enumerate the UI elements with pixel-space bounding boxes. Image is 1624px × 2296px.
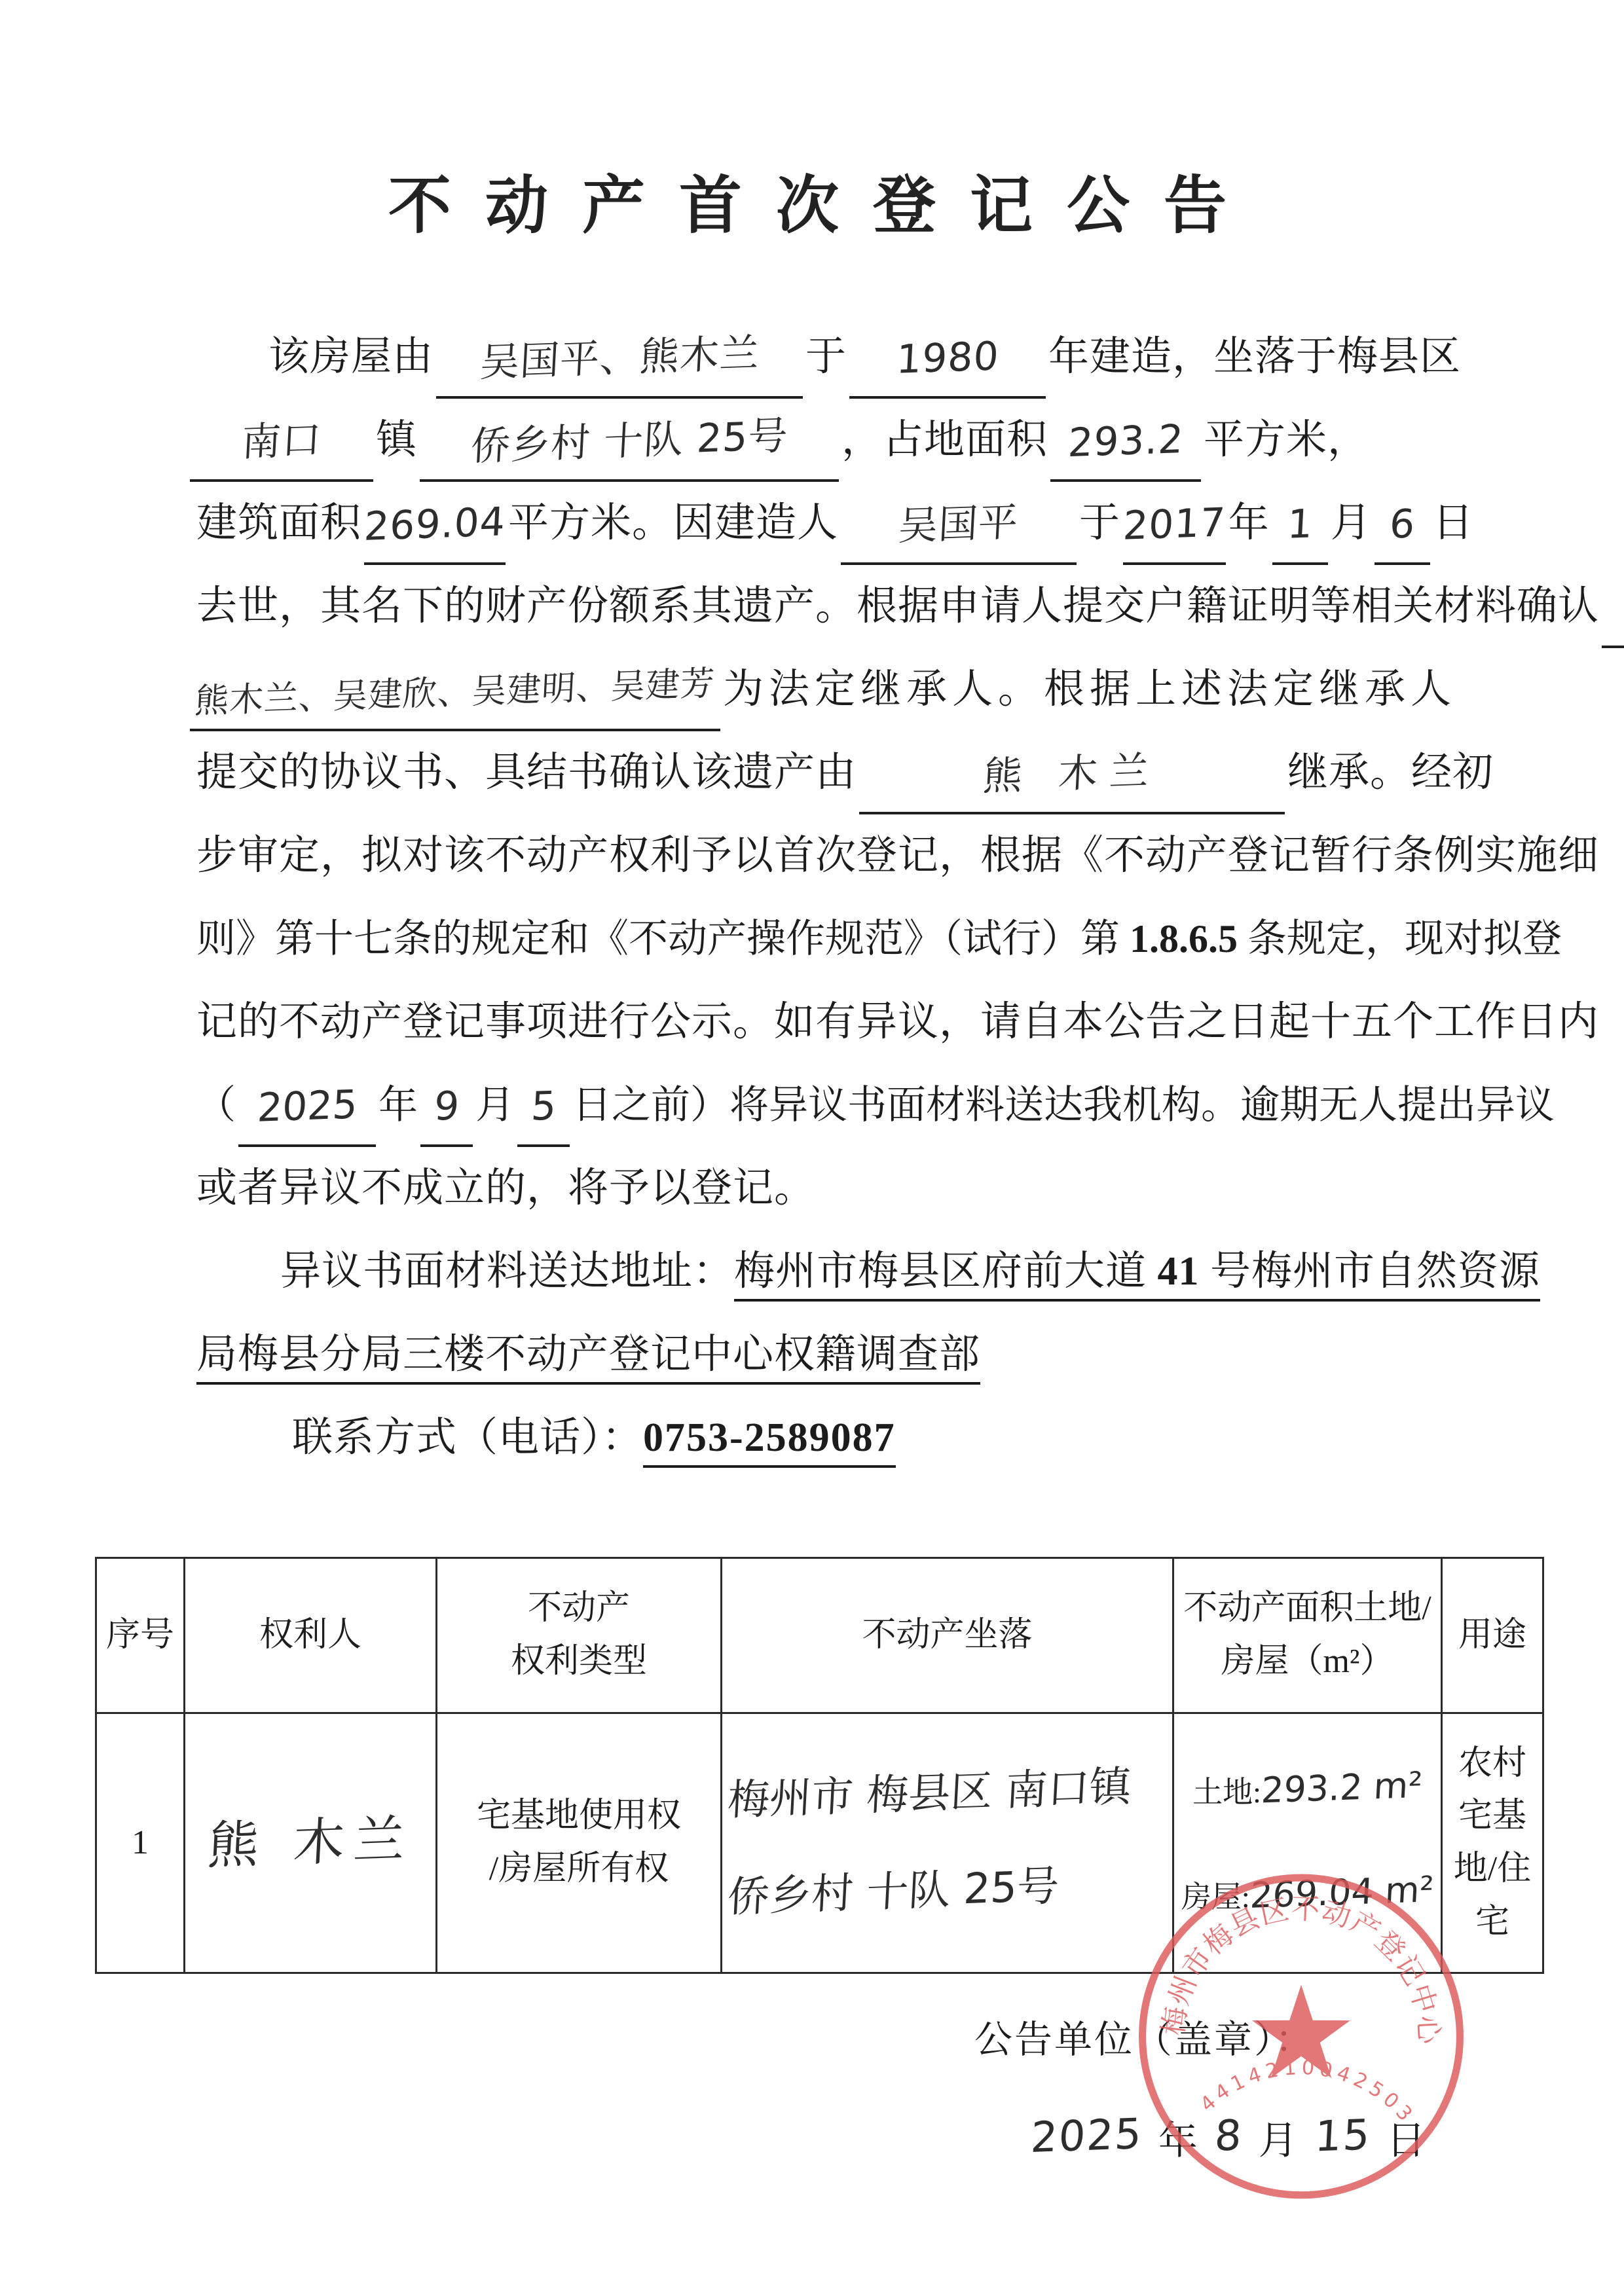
page-title: 不 动 产 首 次 登 记 公 告 [0, 156, 1624, 246]
floor-area-handwriting: 269.04 [362, 489, 507, 560]
body-line-7: 步审定，拟对该不动产权利予以首次登记，根据《不动产登记暂行条例实施细 [196, 814, 1496, 898]
header-right-type-line1: 不动产 [443, 1582, 715, 1635]
inheritor-blank: 熊 木兰 [859, 746, 1285, 814]
body-line-4: 去世，其名下的财产份额系其遗产。根据申请人提交户籍证明等相关材料确认 [196, 565, 1496, 648]
announcement-page: 不 动 产 首 次 登 记 公 告 该房屋由吴国平、熊木兰于1980年建造，坐落… [0, 0, 1624, 2296]
body-line-11: 或者异议不成立的，将予以登记。 [196, 1147, 1496, 1230]
line5-printed: 为法定继承人。根据上述法定继承人 [723, 667, 1456, 712]
body-line-14: 联系方式（电话）：0753-2589087 [196, 1396, 1496, 1480]
line10-printed-mid1: 年 [378, 1084, 418, 1127]
deadline-year-handwriting: 2025 [255, 1072, 359, 1141]
line1-printed-mid: 于 [805, 335, 847, 379]
area-land-label: 土地: [1192, 1776, 1261, 1809]
deadline-month-blank: 9 [420, 1079, 473, 1147]
land-area-blank: 293.2 [1050, 414, 1201, 482]
objection-address-label: 异议书面材料送达地址： [280, 1249, 734, 1294]
cell-right-holder: 熊 木兰 [185, 1713, 437, 1973]
objection-address-number: 41 [1158, 1249, 1200, 1294]
location-handwriting-line2: 侨乡村 十队 25号 [728, 1843, 1167, 1941]
line11-printed: 或者异议不成立的，将予以登记。 [196, 1166, 815, 1211]
line8-printed-pre: 则》第十七条的规定和《不动产操作规范》（试行）第 [196, 917, 1130, 960]
regulation-clause-number: 1.8.6.5 [1130, 917, 1238, 960]
contact-phone-number: 0753-2589087 [643, 1415, 896, 1468]
line10-printed-mid2: 月 [475, 1084, 515, 1127]
death-month-blank: 1 [1272, 497, 1328, 565]
build-year-blank: 1980 [849, 331, 1046, 399]
line3-printed-pre: 建筑面积 [196, 501, 361, 545]
deceased-name-blank: 吴国平 [841, 497, 1077, 565]
village-blank: 侨乡村 十队 25号 [420, 414, 839, 482]
line3-printed-mid1: 平方米。因建造人 [508, 501, 838, 545]
deadline-month-handwriting: 9 [432, 1073, 460, 1140]
area-land-line: 土地:293.2 m² [1179, 1738, 1435, 1843]
line2-printed-town: 镇 [376, 418, 417, 462]
body-line-3: 建筑面积269.04平方米。因建造人吴国平于2017年1月6日 [196, 482, 1496, 565]
header-serial-number: 序号 [96, 1558, 185, 1713]
line6-printed-post: 继承。经初 [1287, 750, 1494, 795]
header-area-line1: 不动产面积土地/ [1179, 1582, 1435, 1635]
heirs-blank: 熊木兰、吴建欣、吴建明、吴建芳 [190, 663, 720, 731]
town-handwriting: 南口 [240, 407, 323, 476]
line4-printed: 去世，其名下的财产份额系其遗产。根据申请人提交户籍证明等相关材料确认 [196, 584, 1599, 629]
line10-printed-pre: （ [196, 1084, 236, 1127]
line4-trailing-blank [1602, 580, 1624, 648]
header-usage: 用途 [1442, 1558, 1543, 1713]
header-area: 不动产面积土地/ 房屋（m²） [1173, 1558, 1442, 1713]
line3-printed-post: 日 [1433, 501, 1474, 545]
objection-address-underlined: 梅州市梅县区府前大道 41 号梅州市自然资源 [734, 1249, 1540, 1302]
line9-printed: 记的不动产登记事项进行公示。如有异议，请自本公告之日起十五个工作日内 [196, 1000, 1599, 1044]
header-right-type: 不动产 权利类型 [437, 1558, 722, 1713]
heirs-handwriting: 熊木兰、吴建欣、吴建明、吴建芳 [193, 651, 717, 735]
location-line1-text: 梅州市 梅县区 南口镇 [725, 1738, 1134, 1850]
line10-printed-post: 日之前）将异议书面材料送达我机构。逾期无人提出异议 [572, 1084, 1555, 1127]
body-line-13: 局梅县分局三楼不动产登记中心权籍调查部 [196, 1313, 1496, 1396]
deceased-name-handwriting: 吴国平 [897, 490, 1020, 560]
right-type-line2: /房屋所有权 [443, 1843, 715, 1896]
line6-printed-pre: 提交的协议书、具结书确认该遗产由 [196, 750, 857, 795]
death-day-handwriting: 6 [1388, 491, 1416, 558]
announcement-body: 该房屋由吴国平、熊木兰于1980年建造，坐落于梅县区 南口镇侨乡村 十队 25号… [196, 316, 1496, 1480]
right-type-line1: 宅基地使用权 [443, 1790, 715, 1843]
line2-printed-post: 平方米， [1204, 418, 1369, 462]
location-handwriting-line1: 梅州市 梅县区 南口镇 [728, 1745, 1167, 1843]
floor-area-blank: 269.04 [364, 497, 506, 565]
header-right-holder: 权利人 [185, 1558, 437, 1713]
right-holder-handwriting: 熊 木兰 [206, 1800, 416, 1886]
header-location: 不动产坐落 [722, 1558, 1173, 1713]
objection-address-part2: 号梅州市自然资源 [1200, 1249, 1541, 1294]
body-line-9: 记的不动产登记事项进行公示。如有异议，请自本公告之日起十五个工作日内 [196, 981, 1496, 1064]
body-line-6: 提交的协议书、具结书确认该遗产由熊 木兰继承。经初 [196, 731, 1496, 814]
objection-address-part1: 梅州市梅县区府前大道 [734, 1249, 1158, 1294]
body-line-8: 则》第十七条的规定和《不动产操作规范》（试行）第 1.8.6.5 条规定，现对拟… [196, 898, 1496, 981]
deadline-year-blank: 2025 [238, 1079, 376, 1147]
table-header-row: 序号 权利人 不动产 权利类型 不动产坐落 不动产面积土地/ 房屋（m²） 用途 [96, 1558, 1543, 1713]
official-seal: 梅州市梅县区不动产登记中心 4414210042503 [1134, 1874, 1468, 2204]
date-year-handwriting: 2025 [1029, 2110, 1144, 2162]
death-month-handwriting: 1 [1285, 491, 1314, 558]
area-land-value-handwriting: 293.2 m² [1259, 1733, 1425, 1844]
header-right-type-line2: 权利类型 [443, 1635, 715, 1688]
inheritor-handwriting: 熊 木兰 [982, 738, 1162, 810]
cell-serial-number: 1 [96, 1713, 185, 1973]
line7-printed: 步审定，拟对该不动产权利予以首次登记，根据《不动产登记暂行条例实施细 [196, 833, 1599, 878]
builder-names-blank: 吴国平、熊木兰 [436, 331, 803, 399]
line3-printed-mid2: 于 [1079, 501, 1120, 545]
death-year-handwriting: 2017 [1121, 490, 1227, 559]
line8-printed-post: 条规定，现对拟登 [1238, 917, 1562, 960]
line3-printed-mid4: 月 [1331, 501, 1372, 545]
village-handwriting: 侨乡村 十队 25号 [469, 403, 789, 479]
death-day-blank: 6 [1375, 497, 1430, 565]
contact-label: 联系方式（电话）： [292, 1415, 643, 1460]
town-blank: 南口 [190, 414, 373, 482]
body-line-1: 该房屋由吴国平、熊木兰于1980年建造，坐落于梅县区 [196, 316, 1496, 399]
body-line-2: 南口镇侨乡村 十队 25号，占地面积293.2平方米， [196, 399, 1496, 482]
land-area-handwriting: 293.2 [1066, 407, 1185, 476]
location-line2-text: 侨乡村 十队 25号 [725, 1837, 1061, 1947]
body-line-5: 熊木兰、吴建欣、吴建明、吴建芳为法定继承人。根据上述法定继承人 [196, 648, 1496, 731]
objection-address-line2-underlined: 局梅县分局三楼不动产登记中心权籍调查部 [196, 1332, 980, 1385]
builder-names-handwriting: 吴国平、熊木兰 [478, 320, 761, 395]
build-year-handwriting: 1980 [895, 323, 1001, 393]
line2-printed-area: ，占地面积 [841, 418, 1048, 462]
line3-printed-mid3: 年 [1228, 501, 1270, 545]
body-line-12: 异议书面材料送达地址：梅州市梅县区府前大道 41 号梅州市自然资源 [196, 1230, 1496, 1313]
line1-printed-post: 年建造，坐落于梅县区 [1048, 335, 1461, 379]
deadline-day-handwriting: 5 [529, 1073, 557, 1140]
body-line-10: （2025年9月5日之前）将异议书面材料送达我机构。逾期无人提出异议 [196, 1064, 1496, 1147]
seal-code-text: 4414210042503 [1196, 2056, 1419, 2129]
cell-location: 梅州市 梅县区 南口镇 侨乡村 十队 25号 [722, 1713, 1173, 1973]
header-area-line2: 房屋（m²） [1179, 1635, 1435, 1688]
cell-right-type: 宅基地使用权 /房屋所有权 [437, 1713, 722, 1973]
deadline-day-blank: 5 [517, 1079, 570, 1147]
line1-printed-pre: 该房屋由 [268, 335, 434, 379]
death-year-blank: 2017 [1123, 497, 1226, 565]
